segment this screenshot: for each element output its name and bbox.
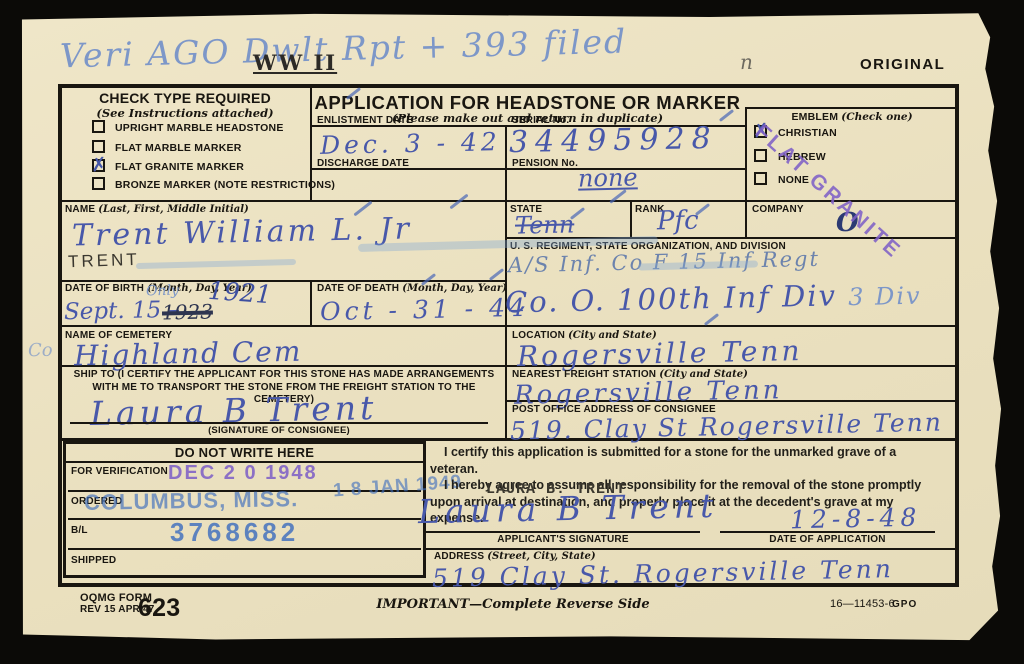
- grid-line: [310, 280, 312, 325]
- date-of-application-value: 12-8-48: [790, 505, 922, 533]
- cemetery-value: Highland Cem: [74, 338, 303, 371]
- option-bronze-marker: BRONZE MARKER (NOTE RESTRICTIONS): [115, 179, 335, 191]
- date-of-death-value: Oct - 31 - 44: [320, 295, 529, 324]
- location-value: Rogersville Tenn: [517, 337, 803, 371]
- signature-line: [426, 531, 700, 533]
- option-flat-marble-marker: FLAT MARBLE MARKER: [115, 142, 241, 154]
- grid-line: [58, 325, 959, 327]
- birth-corrected-year: 1921: [207, 278, 272, 307]
- date-of-application-label: DATE OF APPLICATION: [720, 534, 935, 545]
- birth-label-text: DATE OF BIRTH: [65, 283, 144, 294]
- name-label-paren: (Last, First, Middle Initial): [98, 204, 249, 215]
- enlistment-date-label: ENLISTMENT DATE: [317, 115, 413, 126]
- do-not-write-title: DO NOT WRITE HERE: [66, 445, 423, 460]
- columbus-miss-stamp: COLUMBUS, MISS.: [84, 486, 299, 516]
- pension-no-value: none: [578, 165, 638, 190]
- checkbox-mark: ✗: [90, 153, 108, 177]
- option-christian: CHRISTIAN: [778, 127, 837, 139]
- cemetery-margin-note: Co: [28, 342, 53, 361]
- discharge-date-label: DISCHARGE DATE: [317, 158, 409, 169]
- address-label-text: ADDRESS: [434, 551, 484, 562]
- gpo-label: GPO: [892, 599, 917, 610]
- check-type-title: CHECK TYPE REQUIRED: [66, 90, 304, 106]
- checkbox-flat-granite-marker[interactable]: ✗: [92, 159, 105, 172]
- regiment-line2-text: Co. O. 100th Inf Div: [505, 278, 838, 319]
- state-value: Tenn: [515, 212, 575, 237]
- regiment-line2-suffix: 3 Div: [848, 282, 922, 312]
- bl-label: B/L: [71, 525, 88, 536]
- ww2-stamp: WW II: [253, 50, 337, 75]
- grid-line: [630, 200, 632, 237]
- checkbox-none[interactable]: [754, 172, 767, 185]
- bl-number-stamp: 3768682: [170, 517, 299, 548]
- enlistment-date-value: Dec. 3 - 42: [320, 129, 501, 158]
- name-correction: TRENT: [68, 251, 140, 270]
- check-type-subtitle: (See Instructions attached): [66, 106, 304, 120]
- top-handwritten-note: Veri AGO Dwlt Rpt + 393 filed: [60, 25, 628, 73]
- death-label-paren: (Month, Day, Year): [402, 283, 507, 294]
- company-label: COMPANY: [752, 204, 804, 215]
- signature-line: [720, 531, 935, 533]
- print-code: 16—11453-6: [830, 598, 895, 610]
- grid-line: [745, 107, 747, 237]
- consignee-signature-label: (SIGNATURE OF CONSIGNEE): [70, 425, 488, 436]
- signature-line: [70, 422, 488, 424]
- original-label: ORIGINAL: [860, 56, 945, 73]
- grid-line: [68, 548, 421, 550]
- form-paper: Veri AGO Dwlt Rpt + 393 filed WW II n OR…: [18, 12, 1006, 642]
- grid-line: [58, 280, 505, 282]
- verification-date-stamp: DEC 2 0 1948: [168, 462, 318, 485]
- name-label: NAME (Last, First, Middle Initial): [65, 204, 249, 215]
- serial-no-value: 34495928: [509, 124, 718, 158]
- applicant-signature-value: Laura B Trent: [418, 489, 719, 528]
- option-flat-granite-marker: FLAT GRANITE MARKER: [115, 161, 244, 173]
- grid-line: [426, 548, 959, 550]
- form-number: 623: [138, 594, 180, 623]
- grid-line: [745, 107, 959, 109]
- pencil-mark: n: [740, 52, 753, 72]
- date-of-death-label: DATE OF DEATH (Month, Day, Year): [317, 283, 507, 294]
- emblem-title: EMBLEM (Check one): [745, 111, 959, 123]
- emblem-title-text: EMBLEM: [791, 111, 838, 123]
- shipped-label: SHIPPED: [71, 555, 116, 566]
- scanned-document: Veri AGO Dwlt Rpt + 393 filed WW II n OR…: [0, 0, 1024, 664]
- pension-no-label: PENSION No.: [512, 158, 578, 169]
- important-note: IMPORTANT—Complete Reverse Side: [338, 597, 688, 612]
- name-label-text: NAME: [65, 204, 95, 215]
- for-verification-label: FOR VERIFICATION: [71, 466, 168, 477]
- option-upright-marble-headstone: UPRIGHT MARBLE HEADSTONE: [115, 122, 284, 134]
- checkbox-upright-marble-headstone[interactable]: [92, 120, 105, 133]
- emblem-title-paren: (Check one): [841, 111, 912, 123]
- checkbox-bronze-marker[interactable]: [92, 177, 105, 190]
- checkbox-flat-marble-marker[interactable]: [92, 140, 105, 153]
- certification-line1: I certify this application is submitted …: [430, 444, 942, 477]
- birth-struck-year: 1923: [162, 301, 213, 322]
- applicant-signature-label: APPLICANT'S SIGNATURE: [426, 534, 700, 545]
- death-label-text: DATE OF DEATH: [317, 283, 399, 294]
- rank-value: Pfc: [657, 208, 699, 235]
- grid-line: [505, 125, 507, 438]
